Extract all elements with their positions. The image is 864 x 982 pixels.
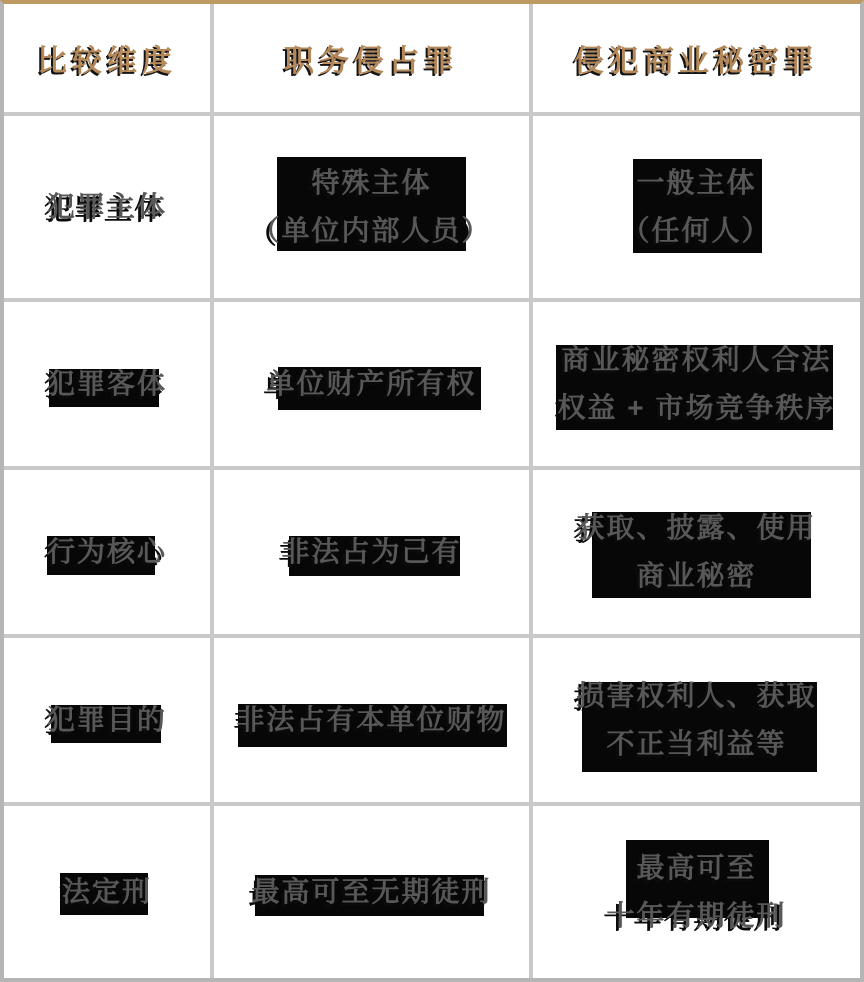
cell-conduct-zhiwu: 非法占为己有 <box>214 470 529 634</box>
cell-text: 损害权利人、获取 <box>576 672 816 720</box>
cell-text: 最高可至无期徒刑 <box>251 868 491 916</box>
cell-text: （单位内部人员） <box>251 207 491 255</box>
header-cell-dimension: 比较维度 <box>4 4 210 112</box>
cell-conduct-secret: 获取、披露、使用 商业秘密 <box>533 470 860 634</box>
cell-purpose-label: 犯罪目的 <box>4 638 210 802</box>
cell-text: 商业秘密权利人合法 <box>558 336 836 384</box>
cell-object-secret: 商业秘密权利人合法 权益 + 市场竞争秩序 <box>533 302 860 466</box>
cell-text: （任何人） <box>621 207 771 255</box>
cell-text: 犯罪客体 <box>47 360 167 408</box>
cell-text: 行为核心 <box>47 528 167 576</box>
cell-text: 犯罪目的 <box>47 696 167 744</box>
cell-text: 商业秘密 <box>576 552 816 600</box>
cell-text: 非法占有本单位财物 <box>236 696 506 744</box>
header-cell-trade-secret-crime: 侵犯商业秘密罪 <box>533 4 860 112</box>
cell-conduct-label: 行为核心 <box>4 470 210 634</box>
cell-subject-label: 犯罪主体 <box>4 116 210 298</box>
comparison-card: 比较维度 职务侵占罪 侵犯商业秘密罪 犯罪主体 特殊主体 （单位内部人员） 一般… <box>0 0 864 982</box>
header-label: 职务侵占罪 <box>284 36 459 80</box>
cell-text: 不正当利益等 <box>576 720 816 768</box>
cell-text: 非法占为己有 <box>281 528 461 576</box>
cell-text: 十年有期徒刑 <box>606 892 786 940</box>
header-label: 比较维度 <box>37 36 177 80</box>
cell-text: 获取、披露、使用 <box>576 504 816 552</box>
cell-text: 单位财产所有权 <box>266 360 476 408</box>
header-label: 侵犯商业秘密罪 <box>574 36 819 80</box>
cell-text: 最高可至 <box>606 844 786 892</box>
cell-text: 一般主体 <box>621 159 771 207</box>
cell-text: 权益 + 市场竞争秩序 <box>558 384 836 432</box>
cell-object-zhiwu: 单位财产所有权 <box>214 302 529 466</box>
cell-subject-secret: 一般主体 （任何人） <box>533 116 860 298</box>
cell-penalty-label: 法定刑 <box>4 806 210 978</box>
cell-purpose-zhiwu: 非法占有本单位财物 <box>214 638 529 802</box>
cell-penalty-secret: 最高可至 十年有期徒刑 <box>533 806 860 978</box>
cell-penalty-zhiwu: 最高可至无期徒刑 <box>214 806 529 978</box>
cell-purpose-secret: 损害权利人、获取 不正当利益等 <box>533 638 860 802</box>
header-cell-zhiwu-crime: 职务侵占罪 <box>214 4 529 112</box>
cell-object-label: 犯罪客体 <box>4 302 210 466</box>
cell-text: 犯罪主体 <box>47 183 167 231</box>
cell-subject-zhiwu: 特殊主体 （单位内部人员） <box>214 116 529 298</box>
cell-text: 特殊主体 <box>251 159 491 207</box>
cell-text: 法定刑 <box>62 868 152 916</box>
